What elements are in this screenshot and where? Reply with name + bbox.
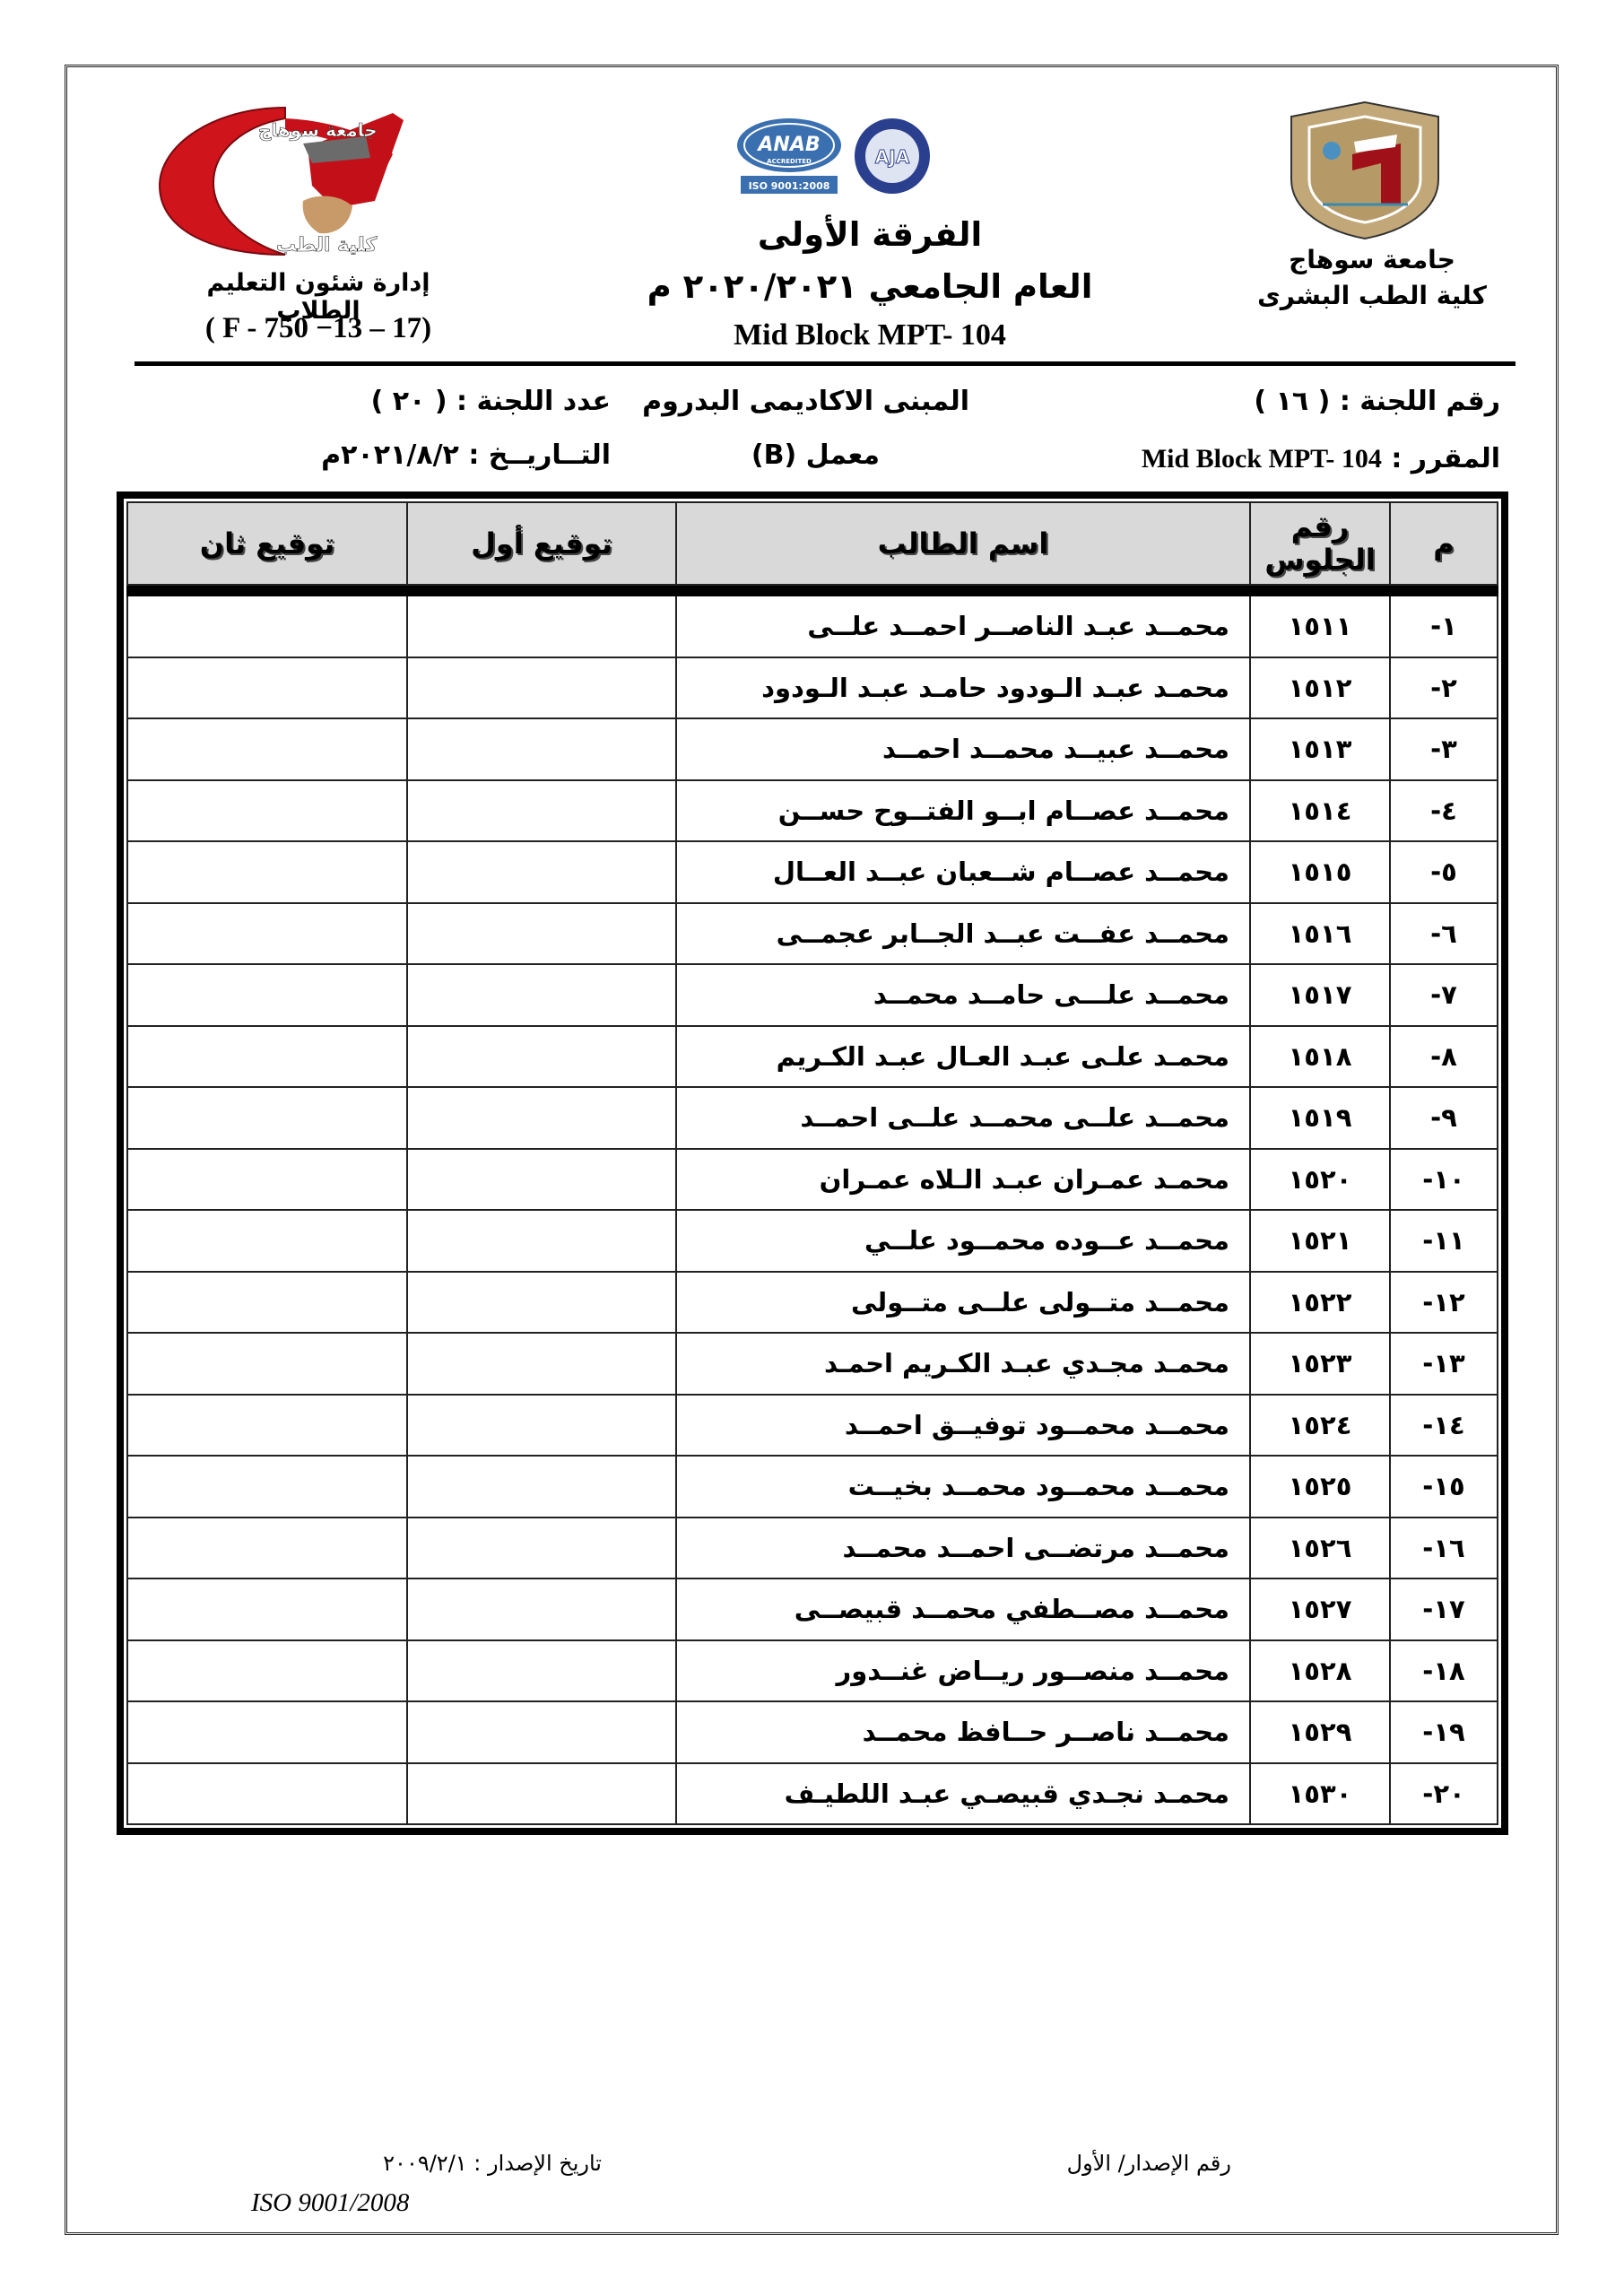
student-name-cell: محمـد مجـدي عبـد الكـريم احمـد <box>676 1333 1250 1395</box>
student-name-cell: محمــد عفــت عبــد الجــابر عجمــى <box>676 903 1250 965</box>
table-row: ٩-١٥١٩محمــد علــى محمــد علــى احمــد <box>127 1087 1498 1149</box>
table-row: ٤-١٥١٤محمــد عصــام ابــو الفتــوح حســن <box>127 780 1498 842</box>
committee-count: عدد اللجنة : ( ٢٠ ) <box>371 386 611 417</box>
seat-number-cell: ١٥٢٦ <box>1250 1518 1390 1579</box>
table-header-row: م رقم الجلوس اسم الطالب توقيع أول توقيع … <box>127 502 1498 585</box>
svg-text:ANAB: ANAB <box>756 134 820 156</box>
serial-cell: ١٠- <box>1390 1149 1498 1211</box>
table-row: ٢٠-١٥٣٠محمـد نجـدي قبيصـي عبـد اللطيـف <box>127 1763 1498 1825</box>
second-signature-cell[interactable] <box>127 903 407 965</box>
student-name-cell: محمــد محمــود توفيــق احمــد <box>676 1395 1250 1457</box>
seat-number-cell: ١٥١٣ <box>1250 718 1390 780</box>
university-name: جامعة سوهاج <box>1238 245 1507 274</box>
form-code: ( F - 750 −13 – 17) <box>161 312 475 345</box>
header-divider <box>135 361 1515 366</box>
faculty-name: كلية الطب البشرى <box>1238 281 1507 310</box>
issue-number: رقم الإصدار/ الأول <box>1067 2151 1231 2176</box>
table-row: ١٢-١٥٢٢محمــد متــولى علــى متــولى <box>127 1272 1498 1334</box>
accreditation-badges: ANAB ACCREDITED ISO 9001:2008 AJA <box>735 117 995 206</box>
seat-number-cell: ١٥١٤ <box>1250 780 1390 842</box>
header-student-name: اسم الطالب <box>676 502 1250 585</box>
first-signature-cell[interactable] <box>407 1518 676 1579</box>
committee-number: رقم اللجنة : ( ١٦ ) <box>1254 386 1500 417</box>
table-row: ٦-١٥١٦محمــد عفــت عبــد الجــابر عجمــى <box>127 903 1498 965</box>
seat-number-cell: ١٥١٢ <box>1250 657 1390 719</box>
second-signature-cell[interactable] <box>127 1272 407 1334</box>
second-signature-cell[interactable] <box>127 1333 407 1395</box>
seat-number-cell: ١٥٣٠ <box>1250 1763 1390 1825</box>
anab-badge-icon: ANAB ACCREDITED ISO 9001:2008 <box>737 118 841 194</box>
first-signature-cell[interactable] <box>407 1149 676 1211</box>
seat-number-cell: ١٥١٧ <box>1250 964 1390 1026</box>
student-name-cell: محمــد متــولى علــى متــولى <box>676 1272 1250 1334</box>
svg-text:ACCREDITED: ACCREDITED <box>767 158 812 165</box>
second-signature-cell[interactable] <box>127 1149 407 1211</box>
serial-cell: ١١- <box>1390 1210 1498 1272</box>
table-row: ٥-١٥١٥محمــد عصــام شــعبان عبــد العــا… <box>127 841 1498 903</box>
seat-number-cell: ١٥١٥ <box>1250 841 1390 903</box>
seat-number-cell: ١٥٢٥ <box>1250 1456 1390 1518</box>
first-signature-cell[interactable] <box>407 1395 676 1457</box>
lab-name: معمل (B) <box>751 439 880 471</box>
seat-number-cell: ١٥٢٠ <box>1250 1149 1390 1211</box>
student-name-cell: محمــد منصــور ريــاض غنــدور <box>676 1640 1250 1702</box>
iso-standard: ISO 9001/2008 <box>251 2188 409 2218</box>
table-row: ٢-١٥١٢محمـد عبـد الـودود حامـد عبـد الـو… <box>127 657 1498 719</box>
second-signature-cell[interactable] <box>127 780 407 842</box>
seat-number-cell: ١٥١٨ <box>1250 1026 1390 1088</box>
student-name-cell: محمــد عبيــد محمــد احمــد <box>676 718 1250 780</box>
serial-cell: ٣- <box>1390 718 1498 780</box>
serial-cell: ١٦- <box>1390 1518 1498 1579</box>
first-signature-cell[interactable] <box>407 596 676 657</box>
logo-text-top: جامعة سوهاج <box>258 119 378 141</box>
table-row: ١٦-١٥٢٦محمــد مرتضــى احمــد محمــد <box>127 1518 1498 1579</box>
serial-cell: ٦- <box>1390 903 1498 965</box>
second-signature-cell[interactable] <box>127 657 407 719</box>
table-row: ١٧-١٥٢٧محمــد مصــطفي محمــد قبيصــى <box>127 1578 1498 1640</box>
second-signature-cell[interactable] <box>127 1210 407 1272</box>
student-name-cell: محمــد مصــطفي محمــد قبيصــى <box>676 1578 1250 1640</box>
first-signature-cell[interactable] <box>407 903 676 965</box>
first-signature-cell[interactable] <box>407 1701 676 1763</box>
first-signature-cell[interactable] <box>407 1640 676 1702</box>
student-name-cell: محمــد عصــام ابــو الفتــوح حســن <box>676 780 1250 842</box>
serial-cell: ١٣- <box>1390 1333 1498 1395</box>
first-signature-cell[interactable] <box>407 841 676 903</box>
first-signature-cell[interactable] <box>407 1578 676 1640</box>
serial-cell: ٤- <box>1390 780 1498 842</box>
table-row: ١-١٥١١محمــد عبـد الناصــر احمــد علــى <box>127 596 1498 657</box>
building-location: المبنى الاكاديمى البدروم <box>642 386 969 417</box>
first-signature-cell[interactable] <box>407 1333 676 1395</box>
second-signature-cell[interactable] <box>127 841 407 903</box>
first-signature-cell[interactable] <box>407 1087 676 1149</box>
serial-cell: ١٥- <box>1390 1456 1498 1518</box>
second-signature-cell[interactable] <box>127 596 407 657</box>
second-signature-cell[interactable] <box>127 1701 407 1763</box>
student-name-cell: محمـد عبـد الـودود حامـد عبـد الـودود <box>676 657 1250 719</box>
university-shield-logo <box>1282 99 1447 240</box>
second-signature-cell[interactable] <box>127 1578 407 1640</box>
serial-cell: ١٧- <box>1390 1578 1498 1640</box>
serial-cell: ٨- <box>1390 1026 1498 1088</box>
student-name-cell: محمــد ناصــر حــافظ محمــد <box>676 1701 1250 1763</box>
class-title: الفرقة الأولى <box>628 215 1112 254</box>
table-row: ١١-١٥٢١محمــد عــوده محمــود علــي <box>127 1210 1498 1272</box>
table-row: ٣-١٥١٣محمــد عبيــد محمــد احمــد <box>127 718 1498 780</box>
second-signature-cell[interactable] <box>127 1026 407 1088</box>
table-row: ١٠-١٥٢٠محمـد عمـران عبـد الـلاه عمـران <box>127 1149 1498 1211</box>
first-signature-cell[interactable] <box>407 1026 676 1088</box>
student-name-cell: محمــد عبـد الناصــر احمــد علــى <box>676 596 1250 657</box>
table-row: ١٣-١٥٢٣محمـد مجـدي عبـد الكـريم احمـد <box>127 1333 1498 1395</box>
block-title: Mid Block MPT- 104 <box>628 318 1112 352</box>
first-signature-cell[interactable] <box>407 1763 676 1825</box>
serial-cell: ٢- <box>1390 657 1498 719</box>
header-first-signature: توقيع أول <box>407 502 676 585</box>
header-second-signature: توقيع ثان <box>127 502 407 585</box>
student-name-cell: محمــد مرتضــى احمــد محمــد <box>676 1518 1250 1579</box>
faculty-crescent-logo: جامعة سوهاج كلية الطب <box>151 100 411 260</box>
student-name-cell: محمـد علـى عبـد العـال عبـد الكـريم <box>676 1026 1250 1088</box>
serial-cell: ١٩- <box>1390 1701 1498 1763</box>
second-signature-cell[interactable] <box>127 1395 407 1457</box>
seat-number-cell: ١٥٢٢ <box>1250 1272 1390 1334</box>
first-signature-cell[interactable] <box>407 1210 676 1272</box>
seat-number-cell: ١٥١٩ <box>1250 1087 1390 1149</box>
serial-cell: ٩- <box>1390 1087 1498 1149</box>
seat-number-cell: ١٥٢١ <box>1250 1210 1390 1272</box>
first-signature-cell[interactable] <box>407 964 676 1026</box>
exam-date: التــاريــخ : ٢٠٢١/٨/٢م <box>321 439 611 471</box>
svg-text:ISO 9001:2008: ISO 9001:2008 <box>749 180 830 192</box>
second-signature-cell[interactable] <box>127 1763 407 1825</box>
seat-number-cell: ١٥١١ <box>1250 596 1390 657</box>
serial-cell: ١٨- <box>1390 1640 1498 1702</box>
student-name-cell: محمــد عــوده محمــود علــي <box>676 1210 1250 1272</box>
first-signature-cell[interactable] <box>407 780 676 842</box>
serial-cell: ١- <box>1390 596 1498 657</box>
seat-number-cell: ١٥٢٧ <box>1250 1578 1390 1640</box>
first-signature-cell[interactable] <box>407 1272 676 1334</box>
table-row: ١٤-١٥٢٤محمــد محمــود توفيــق احمــد <box>127 1395 1498 1457</box>
second-signature-cell[interactable] <box>127 1640 407 1702</box>
attendance-table: م رقم الجلوس اسم الطالب توقيع أول توقيع … <box>117 491 1508 1835</box>
serial-cell: ١٢- <box>1390 1272 1498 1334</box>
table-row: ٧-١٥١٧محمــد علـــى حامــد محمــد <box>127 964 1498 1026</box>
header-serial: م <box>1390 502 1498 585</box>
academic-year: العام الجامعي ٢٠٢٠/٢٠٢١ م <box>628 267 1112 306</box>
student-name-cell: محمــد علـــى حامــد محمــد <box>676 964 1250 1026</box>
second-signature-cell[interactable] <box>127 964 407 1026</box>
table-row: ٨-١٥١٨محمـد علـى عبـد العـال عبـد الكـري… <box>127 1026 1498 1088</box>
serial-cell: ٧- <box>1390 964 1498 1026</box>
table-row: ١٥-١٥٢٥محمــد محمــود محمــد بخيــت <box>127 1456 1498 1518</box>
seat-number-cell: ١٥٢٨ <box>1250 1640 1390 1702</box>
table-row: ١٩-١٥٢٩محمــد ناصــر حــافظ محمــد <box>127 1701 1498 1763</box>
serial-cell: ١٤- <box>1390 1395 1498 1457</box>
serial-cell: ٢٠- <box>1390 1763 1498 1825</box>
serial-cell: ٥- <box>1390 841 1498 903</box>
seat-number-cell: ١٥٢٤ <box>1250 1395 1390 1457</box>
logo-text-bottom: كلية الطب <box>276 234 377 257</box>
student-name-cell: محمــد محمــود محمــد بخيــت <box>676 1456 1250 1518</box>
issue-date: تاريخ الإصدار : ٢٠٠٩/٢/١ <box>383 2151 602 2176</box>
table-row: ١٨-١٥٢٨محمــد منصــور ريــاض غنــدور <box>127 1640 1498 1702</box>
seat-number-cell: ١٥٢٩ <box>1250 1701 1390 1763</box>
second-signature-cell[interactable] <box>127 718 407 780</box>
seat-number-cell: ١٥١٦ <box>1250 903 1390 965</box>
course: المقرر : Mid Block MPT- 104 <box>1142 443 1500 474</box>
first-signature-cell[interactable] <box>407 657 676 719</box>
second-signature-cell[interactable] <box>127 1456 407 1518</box>
seat-number-cell: ١٥٢٣ <box>1250 1333 1390 1395</box>
first-signature-cell[interactable] <box>407 718 676 780</box>
first-signature-cell[interactable] <box>407 1456 676 1518</box>
svg-text:AJA: AJA <box>875 146 910 168</box>
student-name-cell: محمـد نجـدي قبيصـي عبـد اللطيـف <box>676 1763 1250 1825</box>
student-name-cell: محمـد عمـران عبـد الـلاه عمـران <box>676 1149 1250 1211</box>
header-separator <box>127 585 1498 596</box>
aja-badge-icon: AJA <box>855 118 930 194</box>
second-signature-cell[interactable] <box>127 1087 407 1149</box>
student-name-cell: محمــد علــى محمــد علــى احمــد <box>676 1087 1250 1149</box>
second-signature-cell[interactable] <box>127 1518 407 1579</box>
student-name-cell: محمــد عصــام شــعبان عبــد العــال <box>676 841 1250 903</box>
header-seat-number: رقم الجلوس <box>1250 502 1390 585</box>
